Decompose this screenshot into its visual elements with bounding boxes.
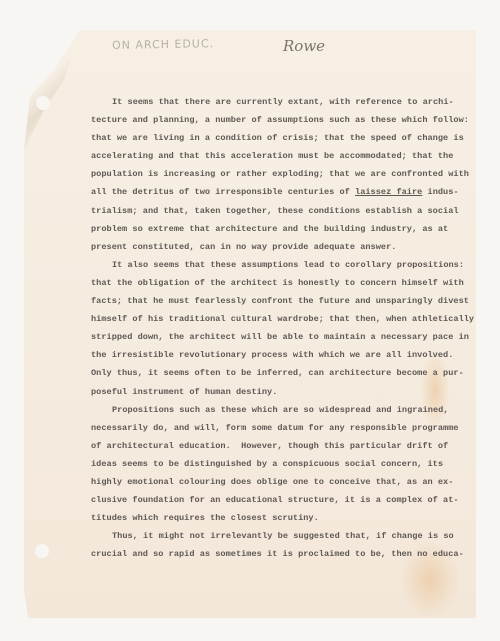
text-line: present constituted, can in no way provi… [91, 238, 421, 256]
handwritten-note-right: Rowe [283, 37, 325, 55]
text-line: Only thus, it seems often to be inferred… [91, 364, 421, 382]
text-line: the irresistible revolutionary process w… [91, 346, 421, 364]
handwritten-note-left: ON ARCH EDUC. [112, 37, 214, 52]
text-line: tecture and planning, a number of assump… [91, 111, 421, 129]
text-line: that we are living in a condition of cri… [91, 129, 421, 147]
text-line: himself of his traditional cultural ward… [91, 310, 421, 328]
text-line: that the obligation of the architect is … [91, 274, 421, 292]
text-line: highly emotional colouring does oblige o… [91, 473, 421, 491]
text-line: accelerating and that this acceleration … [91, 147, 421, 165]
text-line: crucial and so rapid as sometimes it is … [91, 545, 421, 563]
text-line: ideas seems to be distinguished by a con… [91, 455, 421, 473]
text-line: stripped down, the architect will be abl… [91, 328, 421, 346]
text-line: It seems that there are currently extant… [91, 93, 421, 111]
text-line: poseful instrument of human destiny. [91, 383, 421, 401]
text-line: facts; that he must fearlessly confront … [91, 292, 421, 310]
text-line: It also seems that these assumptions lea… [91, 256, 421, 274]
text-line: clusive foundation for an educational st… [91, 491, 421, 509]
text-line: titudes which requires the closest scrut… [91, 509, 421, 527]
text-line: population is increasing or rather explo… [91, 165, 421, 183]
punch-hole-bottom [35, 544, 49, 558]
text-line: Thus, it might not irrelevantly be sugge… [91, 527, 421, 545]
text-line-underlined: all the detritus of two irresponsible ce… [91, 183, 421, 201]
punch-hole-top [36, 96, 50, 110]
typed-body: It seems that there are currently extant… [91, 93, 421, 563]
text-line: trialism; and that, taken together, thes… [91, 202, 421, 220]
text-line: problem so extreme that architecture and… [91, 220, 421, 238]
text-line: of architectural education. However, tho… [91, 437, 421, 455]
text-line: necessarily do, and will, form some datu… [91, 419, 421, 437]
underlined-phrase: laissez faire [355, 187, 422, 197]
text-line: Propositions such as these which are so … [91, 401, 421, 419]
